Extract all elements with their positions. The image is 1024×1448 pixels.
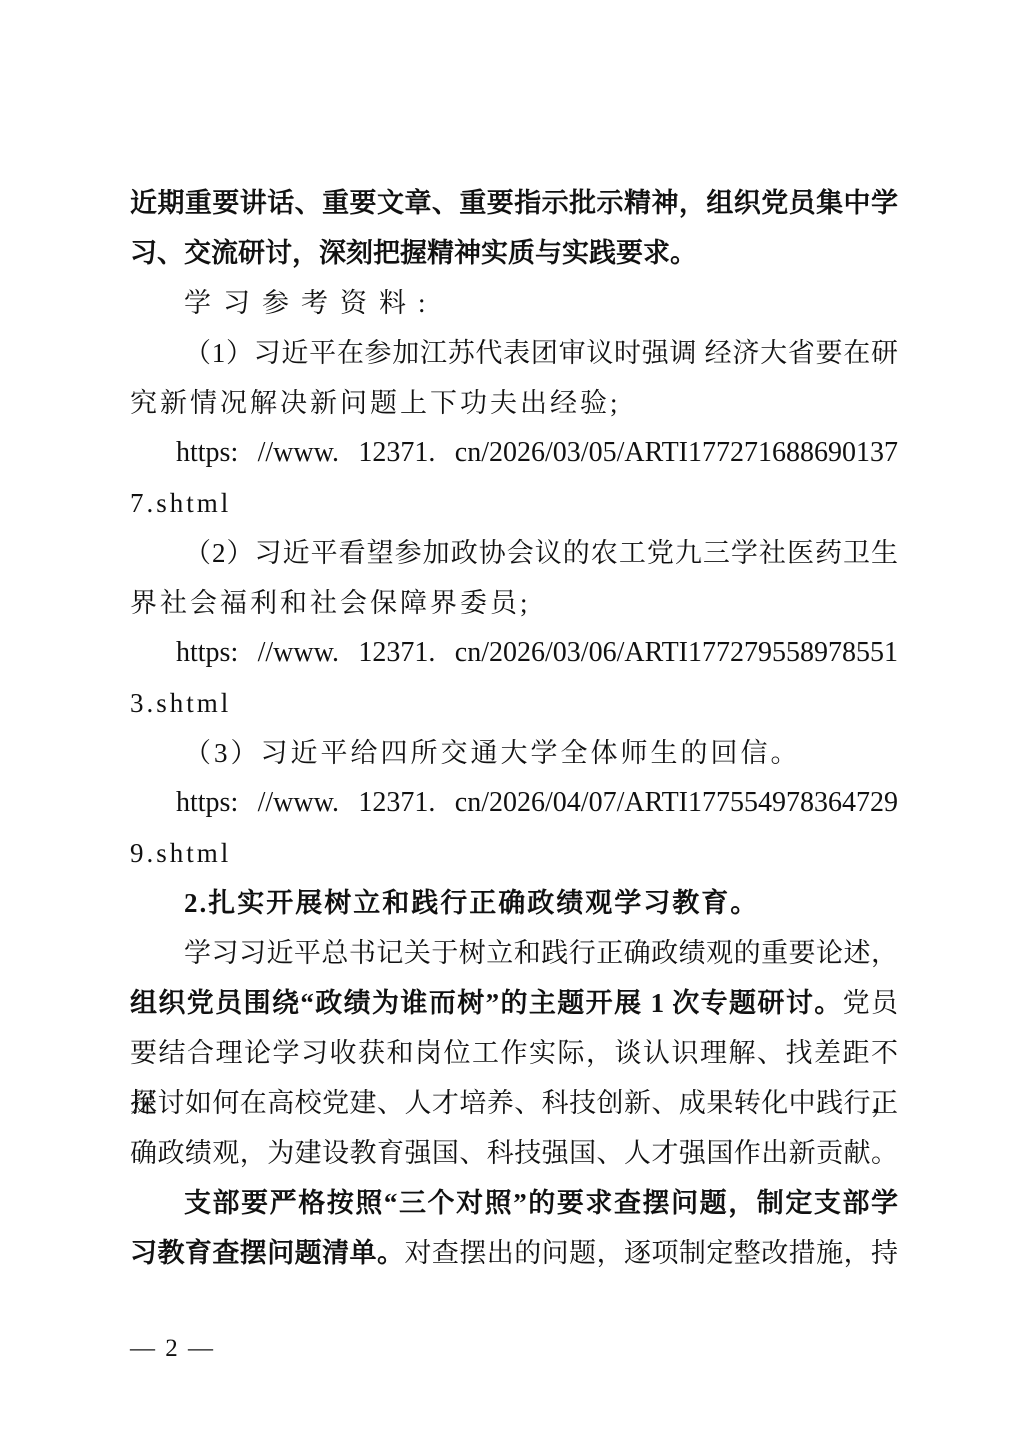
text-line: （2）习近平看望参加政协会议的农工党九三学社医药卫生 <box>130 528 898 578</box>
text-run: 探讨如何在高校党建、人才培养、科技创新、成果转化中践行正 <box>130 1088 898 1118</box>
text-line: 支部要严格按照“三个对照”的要求查摆问题，制定支部学 <box>130 1178 898 1228</box>
url-line: https: //www. 12371. cn/2026/03/05/ARTI1… <box>130 428 898 478</box>
url-line: https: //www. 12371. cn/2026/04/07/ARTI1… <box>130 778 898 828</box>
text-run: https: //www. 12371. cn/2026/04/07/ARTI1… <box>176 787 898 818</box>
text-line: 2.扎实开展树立和践行正确政绩观学习教育。 <box>130 878 898 928</box>
text-run: 学习参考资料: <box>184 288 438 318</box>
text-line: （1）习近平在参加江苏代表团审议时强调 经济大省要在研 <box>130 328 898 378</box>
text-line: 要结合理论学习收获和岗位工作实际，谈认识理解、找差距不足， <box>130 1028 898 1078</box>
text-line: 探讨如何在高校党建、人才培养、科技创新、成果转化中践行正 <box>130 1078 898 1128</box>
text-line: 确政绩观，为建设教育强国、科技强国、人才强国作出新贡献。 <box>130 1128 898 1178</box>
text-line: 近期重要讲话、重要文章、重要指示批示精神，组织党员集中学 <box>130 178 898 228</box>
text-run: https: //www. 12371. cn/2026/03/05/ARTI1… <box>176 437 898 468</box>
text-line: 9.shtml <box>130 828 898 878</box>
bold-text-run: 组织党员围绕“政绩为谁而树”的主题开展 1 次专题研讨。 <box>130 988 843 1018</box>
text-run: （1）习近平在参加江苏代表团审议时强调 经济大省要在研 <box>184 338 898 368</box>
text-run: 党员 <box>843 988 898 1018</box>
text-line: （3）习近平给四所交通大学全体师生的回信。 <box>130 728 898 778</box>
text-run: 9.shtml <box>130 838 231 868</box>
bold-text-run: 习、交流研讨，深刻把握精神实质与实践要求。 <box>130 238 697 268</box>
bold-text-run: 支部要严格按照“三个对照”的要求查摆问题，制定支部学 <box>184 1188 898 1218</box>
text-line: 学习参考资料: <box>130 278 898 328</box>
text-run: 学习习近平总书记关于树立和践行正确政绩观的重要论述， <box>184 938 898 968</box>
text-run: 对查摆出的问题，逐项制定整改措施，持 <box>404 1238 898 1268</box>
text-run: 确政绩观，为建设教育强国、科技强国、人才强国作出新贡献。 <box>130 1138 898 1168</box>
text-line: 学习习近平总书记关于树立和践行正确政绩观的重要论述， <box>130 928 898 978</box>
url-line: https: //www. 12371. cn/2026/03/06/ARTI1… <box>130 628 898 678</box>
text-run: https: //www. 12371. cn/2026/03/06/ARTI1… <box>176 637 898 668</box>
text-line: 习教育查摆问题清单。对查摆出的问题，逐项制定整改措施，持 <box>130 1228 898 1278</box>
bold-text-run: 习教育查摆问题清单。 <box>130 1238 404 1268</box>
text-line: 7.shtml <box>130 478 898 528</box>
text-line: 组织党员围绕“政绩为谁而树”的主题开展 1 次专题研讨。党员 <box>130 978 898 1028</box>
text-line: 习、交流研讨，深刻把握精神实质与实践要求。 <box>130 228 898 278</box>
text-run: （2）习近平看望参加政协会议的农工党九三学社医药卫生 <box>184 538 898 568</box>
bold-text-run: 近期重要讲话、重要文章、重要指示批示精神，组织党员集中学 <box>130 188 898 218</box>
bold-text-run: 2.扎实开展树立和践行正确政绩观学习教育。 <box>184 888 759 918</box>
text-run: 7.shtml <box>130 488 231 518</box>
page-number: — 2 — <box>130 1331 215 1367</box>
text-run: 3.shtml <box>130 688 231 718</box>
text-run: 究新情况解决新问题上下功夫出经验; <box>130 388 621 418</box>
text-line: 3.shtml <box>130 678 898 728</box>
document-page: 近期重要讲话、重要文章、重要指示批示精神，组织党员集中学习、交流研讨，深刻把握精… <box>0 0 1024 1448</box>
text-line: 界社会福利和社会保障界委员; <box>130 578 898 628</box>
text-block: 近期重要讲话、重要文章、重要指示批示精神，组织党员集中学习、交流研讨，深刻把握精… <box>130 178 898 1278</box>
text-line: 究新情况解决新问题上下功夫出经验; <box>130 378 898 428</box>
text-run: 界社会福利和社会保障界委员; <box>130 588 531 618</box>
text-run: （3）习近平给四所交通大学全体师生的回信。 <box>184 738 801 768</box>
